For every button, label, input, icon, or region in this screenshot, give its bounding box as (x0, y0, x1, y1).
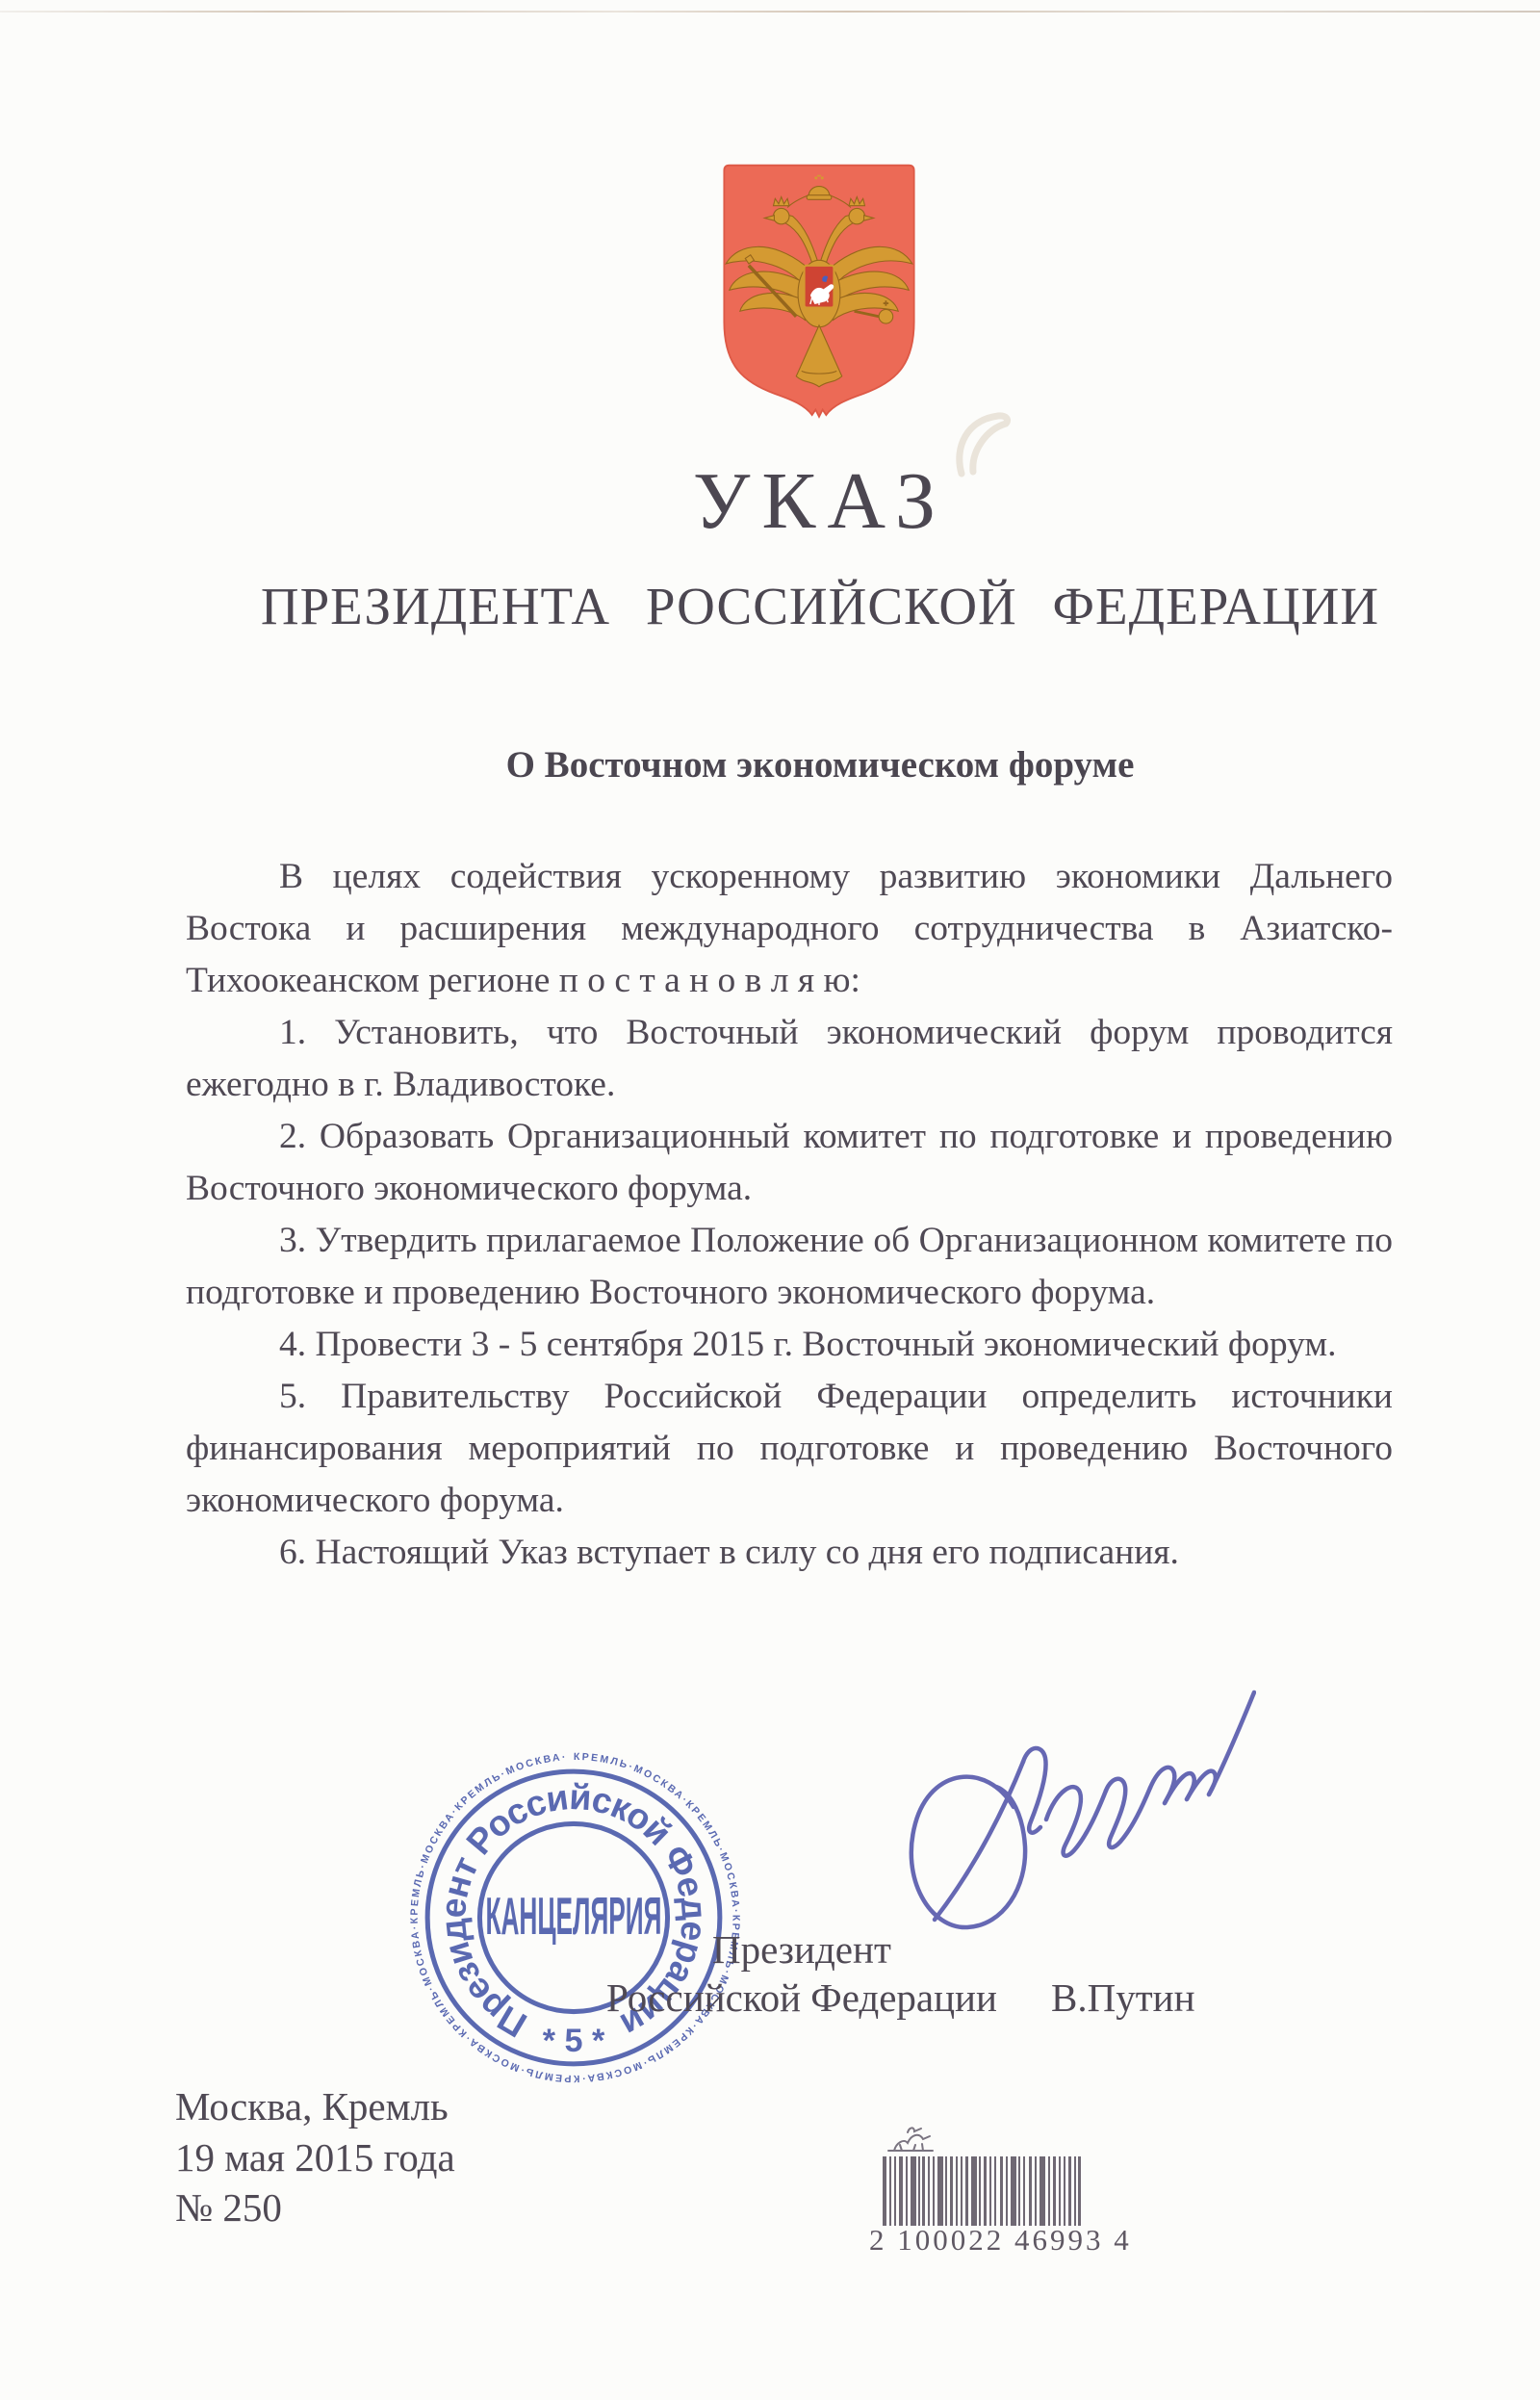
russian-coat-of-arms-icon (712, 162, 926, 426)
paragraph-item-1: 1. Установить, что Восточный экономическ… (186, 1007, 1393, 1111)
decree-body: В целях содействия ускоренному развитию … (186, 851, 1393, 1579)
signature-name: В.Путин (1051, 1974, 1195, 2021)
footer-number: № 250 (175, 2182, 455, 2233)
chancellery-stamp: КРЕМЛЬ·МОСКВА·КРЕМЛЬ·МОСКВА·КРЕМЛЬ·МОСКВ… (404, 1748, 743, 2087)
paragraph-item-2: 2. Образовать Организационный комитет по… (186, 1111, 1393, 1215)
paragraph-intro: В целях содействия ускоренному развитию … (186, 851, 1393, 1007)
signature-role-line1: Президент (712, 1926, 891, 1973)
footer-place: Москва, Кремль (175, 2081, 455, 2132)
footer-block: Москва, Кремль 19 мая 2015 года № 250 (175, 2081, 455, 2233)
president-signature-ink (871, 1677, 1256, 1958)
barcode-rider-emblem-icon (883, 2123, 938, 2155)
paragraph-item-6: 6. Настоящий Указ вступает в силу со дня… (186, 1527, 1393, 1579)
footer-date: 19 мая 2015 года (175, 2132, 455, 2183)
scan-artifact-line (0, 11, 1540, 13)
paragraph-item-5: 5. Правительству Российской Федерации оп… (186, 1371, 1393, 1527)
stamp-center-text: КАНЦЕЛЯРИЯ (485, 1887, 661, 1946)
barcode-block: 2 100022 46993 4 (869, 2121, 1100, 2251)
paragraph-item-3: 3. Утвердить прилагаемое Положение об Ор… (186, 1215, 1393, 1319)
stamp-bottom-number: * 5 * (543, 2023, 605, 2059)
decree-issuer: ПРЕЗИДЕНТА РОССИЙСКОЙ ФЕДЕРАЦИИ (100, 576, 1540, 636)
barcode-bars (883, 2156, 1081, 2226)
decree-subject: О Восточном экономическом форуме (100, 743, 1540, 787)
signature-role-line2: Российской Федерации (606, 1974, 997, 2021)
decree-document: УКАЗ ПРЕЗИДЕНТА РОССИЙСКОЙ ФЕДЕРАЦИИ О В… (0, 0, 1540, 2400)
decree-title: УКАЗ (100, 454, 1540, 548)
paragraph-item-4: 4. Провести 3 - 5 сентября 2015 г. Восто… (186, 1319, 1393, 1371)
barcode-digits: 2 100022 46993 4 (869, 2223, 1100, 2258)
